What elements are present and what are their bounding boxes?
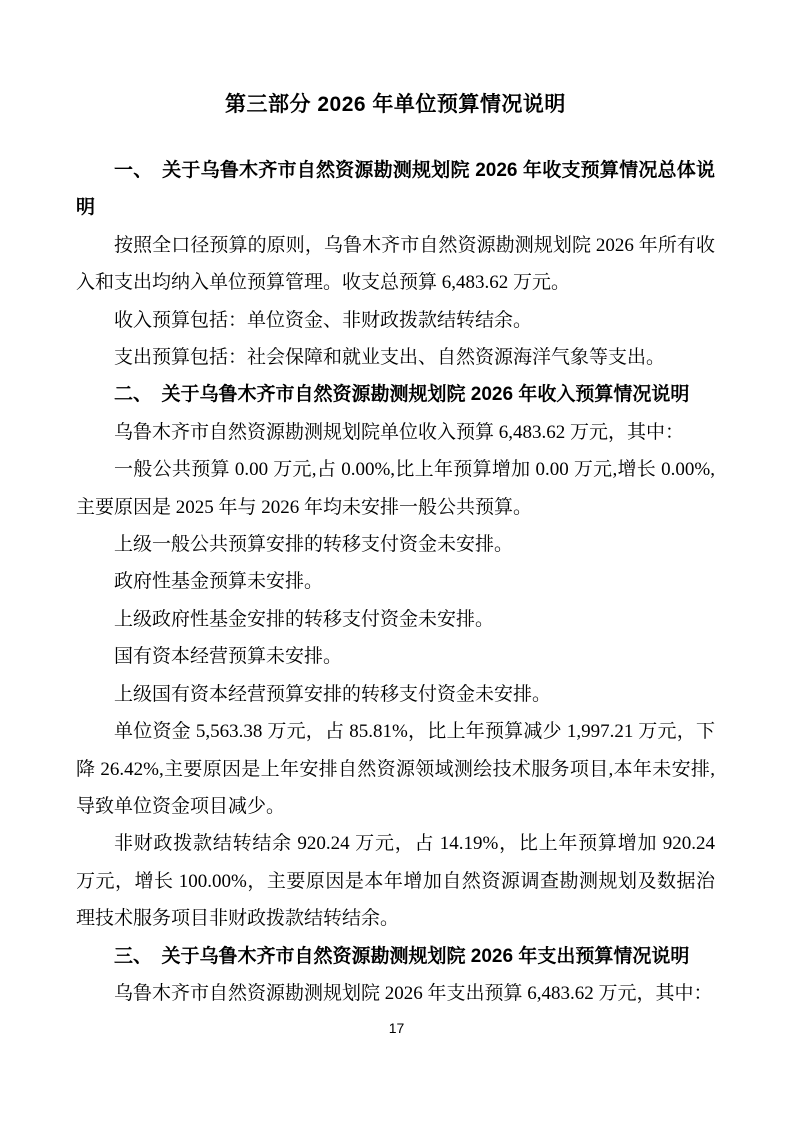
page-number: 17 <box>0 1020 793 1036</box>
paragraph-superior-state-capital-transfer: 上级国有资本经营预算安排的转移支付资金未安排。 <box>76 676 715 713</box>
paragraph-general-public-budget: 一般公共预算 0.00 万元,占 0.00%,比上年预算增加 0.00 万元,增… <box>76 451 715 526</box>
document-page: 第三部分 2026 年单位预算情况说明 一、 关于乌鲁木齐市自然资源勘测规划院 … <box>0 0 793 1122</box>
paragraph-non-fiscal-carryover: 非财政拨款结转结余 920.24 万元，占 14.19%，比上年预算增加 920… <box>76 825 715 937</box>
paragraph-superior-fund-transfer: 上级政府性基金安排的转移支付资金未安排。 <box>76 601 715 638</box>
paragraph-government-fund: 政府性基金预算未安排。 <box>76 563 715 600</box>
paragraph-superior-general-transfer: 上级一般公共预算安排的转移支付资金未安排。 <box>76 526 715 563</box>
document-title: 第三部分 2026 年单位预算情况说明 <box>76 86 715 124</box>
paragraph-state-capital: 国有资本经营预算未安排。 <box>76 638 715 675</box>
paragraph-income-scope: 收入预算包括：单位资金、非财政拨款结转结余。 <box>76 302 715 339</box>
paragraph-expenditure-total: 乌鲁木齐市自然资源勘测规划院 2026 年支出预算 6,483.62 万元，其中… <box>76 975 715 1012</box>
section-heading-overview: 一、 关于乌鲁木齐市自然资源勘测规划院 2026 年收支预算情况总体说明 <box>76 152 715 227</box>
section-heading-income: 二、 关于乌鲁木齐市自然资源勘测规划院 2026 年收入预算情况说明 <box>76 376 715 413</box>
section-heading-expenditure: 三、 关于乌鲁木齐市自然资源勘测规划院 2026 年支出预算情况说明 <box>76 938 715 975</box>
paragraph-income-total: 乌鲁木齐市自然资源勘测规划院单位收入预算 6,483.62 万元，其中： <box>76 414 715 451</box>
paragraph-expenditure-scope: 支出预算包括：社会保障和就业支出、自然资源海洋气象等支出。 <box>76 339 715 376</box>
paragraph-total-budget: 按照全口径预算的原则，乌鲁木齐市自然资源勘测规划院 2026 年所有收入和支出均… <box>76 227 715 302</box>
paragraph-unit-funds: 单位资金 5,563.38 万元，占 85.81%，比上年预算减少 1,997.… <box>76 713 715 825</box>
